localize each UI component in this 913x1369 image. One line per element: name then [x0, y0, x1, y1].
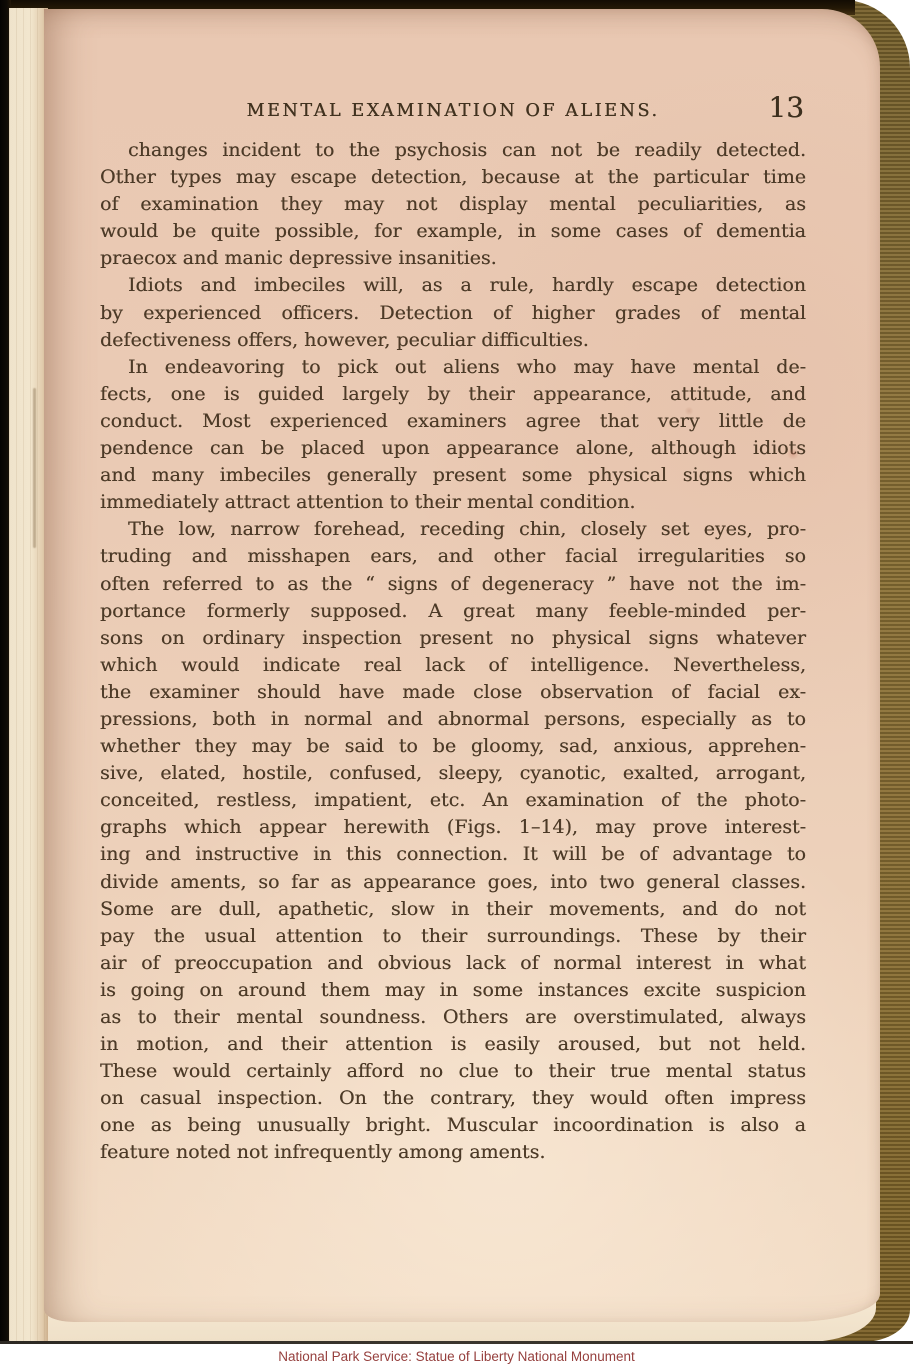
- text-line: pay the usual attention to their surroun…: [100, 923, 806, 950]
- text-line: defectiveness offers, however, peculiar …: [100, 327, 806, 354]
- text-line: whether they may be said to be gloomy, s…: [100, 733, 806, 760]
- foxing-stain: [684, 407, 694, 415]
- text-line: changes incident to the psychosis can no…: [100, 137, 806, 164]
- text-line: The low, narrow forehead, receding chin,…: [100, 516, 806, 543]
- text-line: sive, elated, hostile, confused, sleepy,…: [100, 760, 806, 787]
- text-line: These would certainly afford no clue to …: [100, 1058, 806, 1085]
- text-line: as to their mental soundness. Others are…: [100, 1004, 806, 1031]
- text-line: praecox and manic depressive insanities.: [100, 245, 806, 272]
- text-line: fects, one is guided largely by their ap…: [100, 381, 806, 408]
- paragraph: Idiots and imbeciles will, as a rule, ha…: [100, 272, 806, 353]
- page-number: 13: [768, 91, 804, 124]
- text-line: by experienced officers. Detection of hi…: [100, 300, 806, 327]
- text-line: Idiots and imbeciles will, as a rule, ha…: [100, 272, 806, 299]
- text-line: Other types may escape detection, becaus…: [100, 164, 806, 191]
- scanned-book-page: MENTAL EXAMINATION OF ALIENS. 13 changes…: [0, 0, 913, 1369]
- text-line: In endeavoring to pick out aliens who ma…: [100, 354, 806, 381]
- text-line: in motion, and their attention is easily…: [100, 1031, 806, 1058]
- text-line: graphs which appear herewith (Figs. 1–14…: [100, 814, 806, 841]
- text-line: and many imbeciles generally present som…: [100, 462, 806, 489]
- page-title: MENTAL EXAMINATION OF ALIENS.: [100, 101, 806, 121]
- text-line: sons on ordinary inspection present no p…: [100, 625, 806, 652]
- text-line: of examination they may not display ment…: [100, 191, 806, 218]
- text-line: often referred to as the “ signs of dege…: [100, 571, 806, 598]
- text-line: conduct. Most experienced examiners agre…: [100, 408, 806, 435]
- text-line: on casual inspection. On the contrary, t…: [100, 1085, 806, 1112]
- text-line: pendence can be placed upon appearance a…: [100, 435, 806, 462]
- paragraph: The low, narrow forehead, receding chin,…: [100, 516, 806, 1166]
- text-line: conceited, restless, impatient, etc. An …: [100, 787, 806, 814]
- text-line: would be quite possible, for example, in…: [100, 218, 806, 245]
- page: MENTAL EXAMINATION OF ALIENS. 13 changes…: [44, 9, 880, 1322]
- paragraph: In endeavoring to pick out aliens who ma…: [100, 354, 806, 517]
- text-line: is going on around them may in some inst…: [100, 977, 806, 1004]
- text-line: feature noted not infrequently among ame…: [100, 1139, 806, 1166]
- body-text: changes incident to the psychosis can no…: [100, 137, 806, 1167]
- text-line: truding and misshapen ears, and other fa…: [100, 543, 806, 570]
- page-header: MENTAL EXAMINATION OF ALIENS. 13: [100, 97, 806, 131]
- text-line: the examiner should have made close obse…: [100, 679, 806, 706]
- caption-text: National Park Service: Statue of Liberty…: [278, 1349, 634, 1364]
- gutter-page-edges: [9, 8, 48, 1342]
- text-line: which would indicate real lack of intell…: [100, 652, 806, 679]
- caption-bar: National Park Service: Statue of Liberty…: [0, 1344, 913, 1369]
- text-line: ing and instructive in this connection. …: [100, 841, 806, 868]
- paragraph: changes incident to the psychosis can no…: [100, 137, 806, 272]
- text-line: immediately attract attention to their m…: [100, 489, 806, 516]
- text-line: portance formerly supposed. A great many…: [100, 598, 806, 625]
- foxing-stain: [786, 449, 800, 459]
- text-line: Some are dull, apathetic, slow in their …: [100, 896, 806, 923]
- text-line: air of preoccupation and obvious lack of…: [100, 950, 806, 977]
- text-line: divide aments, so far as appearance goes…: [100, 869, 806, 896]
- text-line: one as being unusually bright. Muscular …: [100, 1112, 806, 1139]
- text-line: pressions, both in normal and abnormal p…: [100, 706, 806, 733]
